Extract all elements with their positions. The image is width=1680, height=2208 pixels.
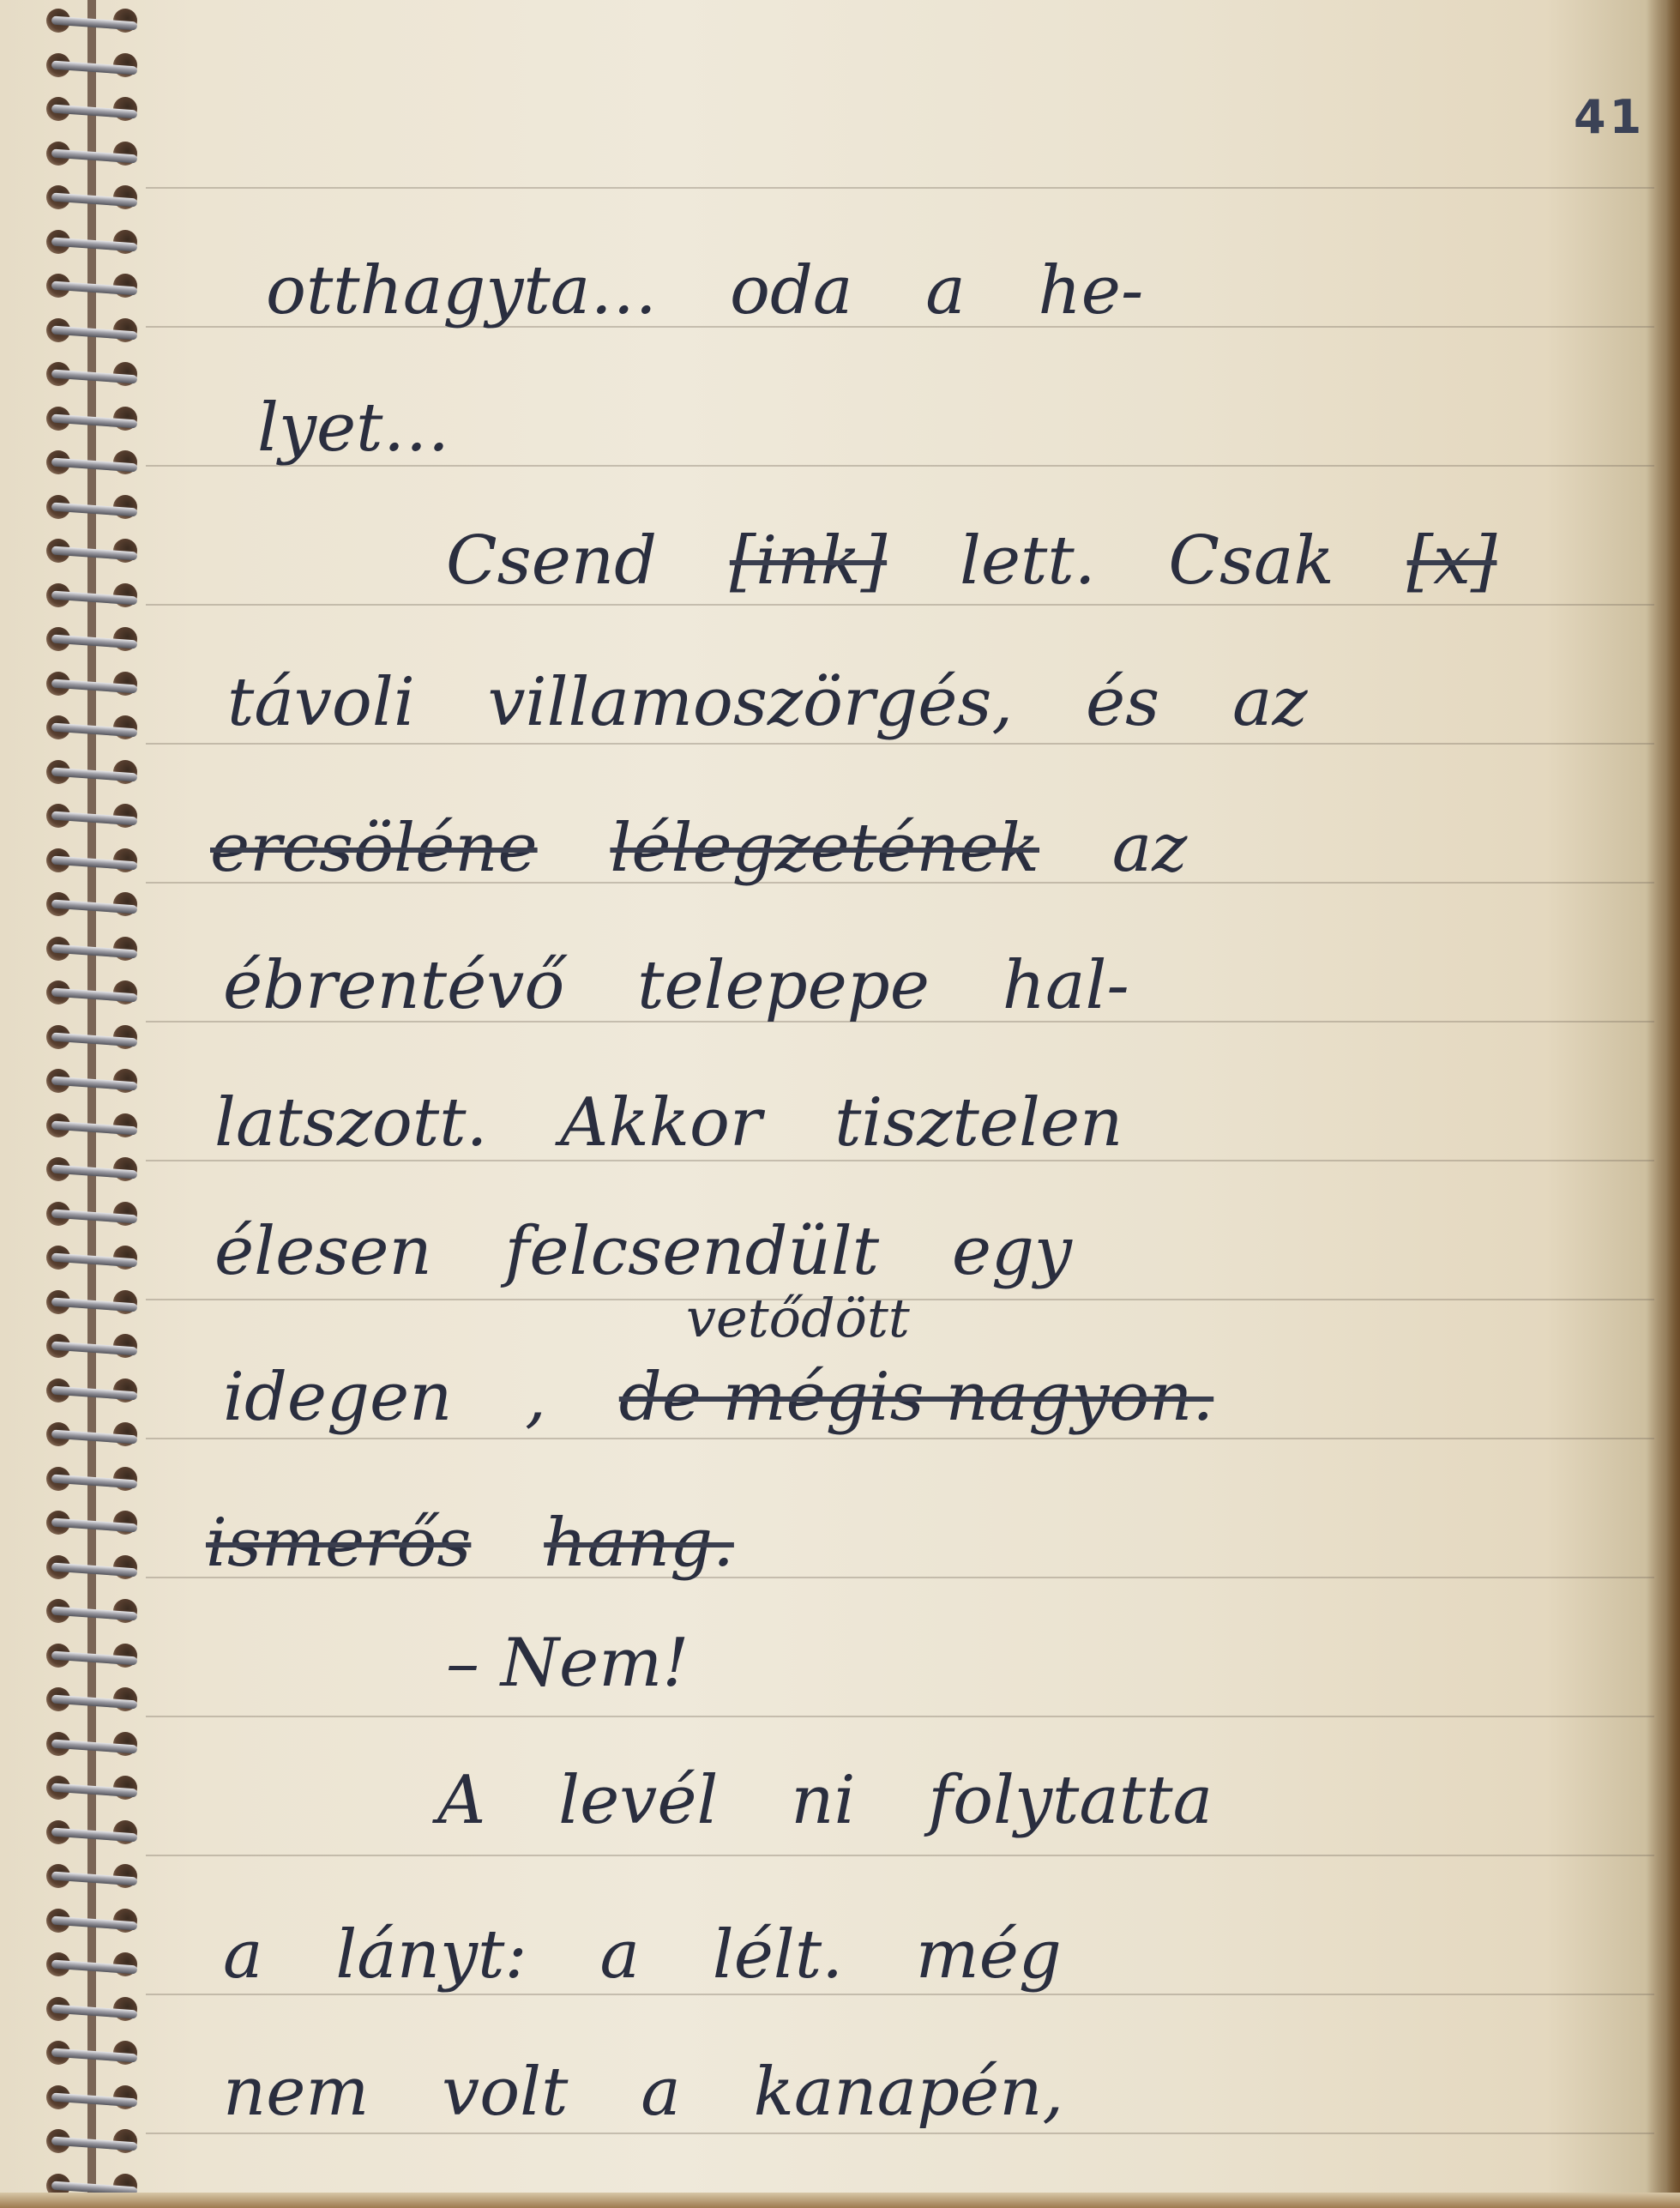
- word: A: [437, 1767, 485, 1834]
- word: távoli: [227, 669, 415, 736]
- struck-word: [ink]: [730, 528, 887, 594]
- word: lányt:: [335, 1921, 527, 1988]
- word: élesen: [214, 1218, 432, 1285]
- word: idegen: [223, 1364, 452, 1431]
- struck-word: ercsöléne: [210, 815, 538, 882]
- spiral-coil: [46, 360, 141, 389]
- word: kanapén,: [754, 2059, 1064, 2126]
- spiral-coil: [46, 2039, 141, 2068]
- spiral-coil: [46, 935, 141, 964]
- word: nem: [223, 2059, 369, 2126]
- word: és: [1086, 669, 1159, 736]
- struck-word: lélegzetének: [610, 815, 1039, 882]
- ruled-line: [146, 604, 1654, 606]
- spiral-coil: [46, 1377, 141, 1406]
- word: latszott.: [214, 1089, 487, 1156]
- word: a: [641, 2059, 681, 2126]
- word: ébrentévő: [223, 952, 564, 1019]
- spiral-coil: [46, 1332, 141, 1361]
- spiral-coil: [46, 1023, 141, 1053]
- struck-word: de mégis nagyon.: [619, 1364, 1213, 1431]
- spiral-coil: [46, 1686, 141, 1715]
- handwritten-line: lyet…: [257, 395, 502, 462]
- spiral-coil: [46, 1067, 141, 1096]
- spiral-coil: [46, 7, 141, 36]
- handwritten-line: nem volt a kanapén,: [223, 2059, 1115, 2126]
- handwritten-line: ébrentévő telepepe hal-: [223, 952, 1181, 1019]
- handwritten-line: ismerős hang.: [206, 1510, 786, 1577]
- handwritten-line: távoli villamoszörgés, és az: [227, 669, 1359, 736]
- word: Csend: [446, 528, 657, 594]
- spiral-coil: [46, 1112, 141, 1141]
- spiral-coil: [46, 1553, 141, 1583]
- spiral-coil: [46, 537, 141, 566]
- spiral-coil: [46, 1597, 141, 1626]
- handwritten-line: – Nem!: [446, 1630, 741, 1697]
- spiral-coil: [46, 405, 141, 434]
- spiral-coil: [46, 2127, 141, 2157]
- inserted-word: vetődött: [686, 1287, 910, 1349]
- word: levél: [558, 1767, 718, 1834]
- word: otthagyta…: [266, 257, 657, 324]
- spiral-coil: [46, 272, 141, 301]
- spiral-coil: [46, 582, 141, 611]
- spiral-coil: [46, 228, 141, 257]
- handwritten-line: idegen , de mégis nagyon.: [223, 1364, 1265, 1431]
- spiral-coil: [46, 1774, 141, 1803]
- spiral-coil: [46, 2084, 141, 2113]
- spiral-coil: [46, 449, 141, 478]
- word: lélt.: [713, 1921, 843, 1988]
- spiral-coil: [46, 1421, 141, 1450]
- spiral-coil: [46, 51, 141, 81]
- spiral-coil: [46, 714, 141, 743]
- spiral-coil: [46, 758, 141, 787]
- word: he-: [1039, 257, 1144, 324]
- ruled-line: [146, 1716, 1654, 1717]
- word: – Nem!: [446, 1630, 689, 1697]
- handwritten-line: a lányt: a lélt. még: [223, 1921, 1113, 1988]
- spiral-coil: [46, 1730, 141, 1759]
- page-bottom-edge: [0, 2193, 1680, 2208]
- spiral-coil: [46, 184, 141, 213]
- word: volt: [442, 2059, 568, 2126]
- spiral-binding: [34, 0, 146, 2208]
- word: az: [1232, 669, 1308, 736]
- struck-word: [x]: [1407, 528, 1497, 594]
- spiral-coil: [46, 802, 141, 831]
- ruled-line: [146, 1438, 1654, 1439]
- struck-word: hang.: [544, 1510, 734, 1577]
- word: Csak: [1168, 528, 1334, 594]
- word: a: [925, 257, 966, 324]
- notebook-page: 41 otthagyta… oda a he- lyet… Csend [ink…: [0, 0, 1680, 2208]
- spiral-coil: [46, 1951, 141, 1980]
- word: telepepe: [637, 952, 930, 1019]
- ruled-line: [146, 2133, 1654, 2134]
- ruled-line: [146, 1855, 1654, 1856]
- handwritten-line: A levél ni folytatta: [437, 1767, 1264, 1834]
- spiral-coil: [46, 670, 141, 699]
- word: felcsendült: [505, 1218, 880, 1285]
- spiral-coil: [46, 1995, 141, 2024]
- word: villamoszörgés,: [488, 669, 1014, 736]
- page-number: 41: [1574, 90, 1645, 144]
- spiral-coil: [46, 1288, 141, 1318]
- spiral-coil: [46, 493, 141, 522]
- word: még: [916, 1921, 1062, 1988]
- spiral-coil: [46, 1465, 141, 1494]
- word: hal-: [1003, 952, 1129, 1019]
- spiral-coil: [46, 1155, 141, 1185]
- word: tisztelen: [834, 1089, 1123, 1156]
- spiral-coil: [46, 1200, 141, 1229]
- handwritten-line: ercsöléne lélegzetének az: [210, 815, 1238, 882]
- word: oda: [730, 257, 852, 324]
- spiral-coil: [46, 1907, 141, 1936]
- word: az: [1112, 815, 1188, 882]
- spiral-coil: [46, 890, 141, 920]
- spiral-coil: [46, 847, 141, 876]
- word: a: [599, 1921, 640, 1988]
- spiral-coil: [46, 1642, 141, 1671]
- word: ,: [525, 1364, 546, 1431]
- struck-word: ismerős: [206, 1510, 471, 1577]
- word: egy: [952, 1218, 1072, 1285]
- spiral-coil: [46, 1509, 141, 1538]
- word: ni: [791, 1767, 855, 1834]
- spiral-coil: [46, 1862, 141, 1891]
- handwritten-line: élesen felcsendült egy: [214, 1218, 1123, 1285]
- handwritten-line: latszott. Akkor tisztelen: [214, 1089, 1174, 1156]
- spiral-coil: [46, 1819, 141, 1848]
- word: lett.: [960, 528, 1096, 594]
- spiral-coil: [46, 1244, 141, 1273]
- ruled-line: [146, 743, 1654, 745]
- spiral-coil: [46, 317, 141, 346]
- ruled-line: [146, 1994, 1654, 1995]
- spiral-coil: [46, 140, 141, 169]
- ruled-line: [146, 187, 1654, 189]
- word: Akkor: [560, 1089, 762, 1156]
- spiral-coil: [46, 979, 141, 1008]
- page-edge-shadow: [1646, 0, 1680, 2208]
- spiral-coil: [46, 95, 141, 124]
- word: lyet…: [257, 395, 450, 462]
- handwritten-line: Csend [ink] lett. Csak [x]: [446, 528, 1548, 594]
- word: folytatta: [928, 1767, 1213, 1834]
- spiral-coil: [46, 625, 141, 655]
- handwritten-line: otthagyta… oda a he-: [266, 257, 1195, 324]
- word: a: [223, 1921, 263, 1988]
